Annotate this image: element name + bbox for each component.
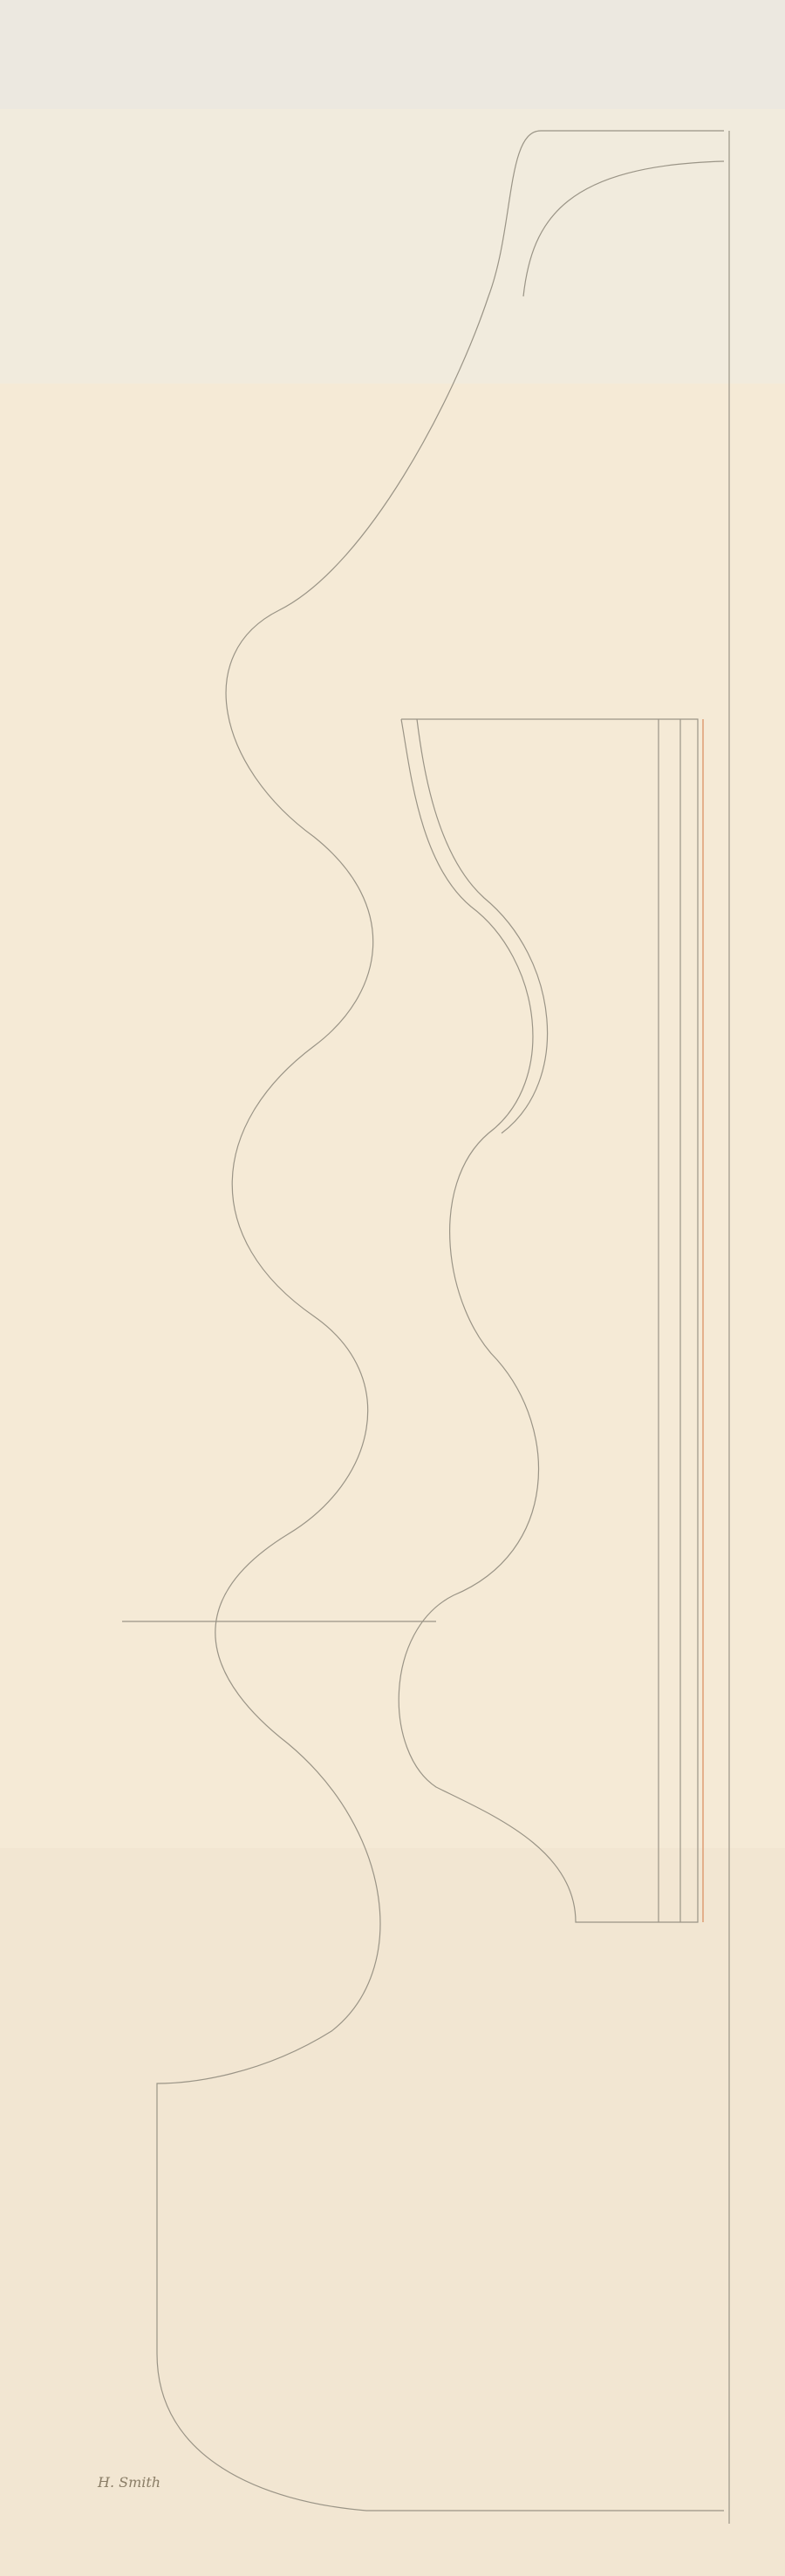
artist-signature: H. Smith bbox=[98, 2474, 160, 2491]
drawing-paper: H. Smith bbox=[0, 0, 785, 2576]
wavy-profile-drawing bbox=[0, 0, 785, 2576]
